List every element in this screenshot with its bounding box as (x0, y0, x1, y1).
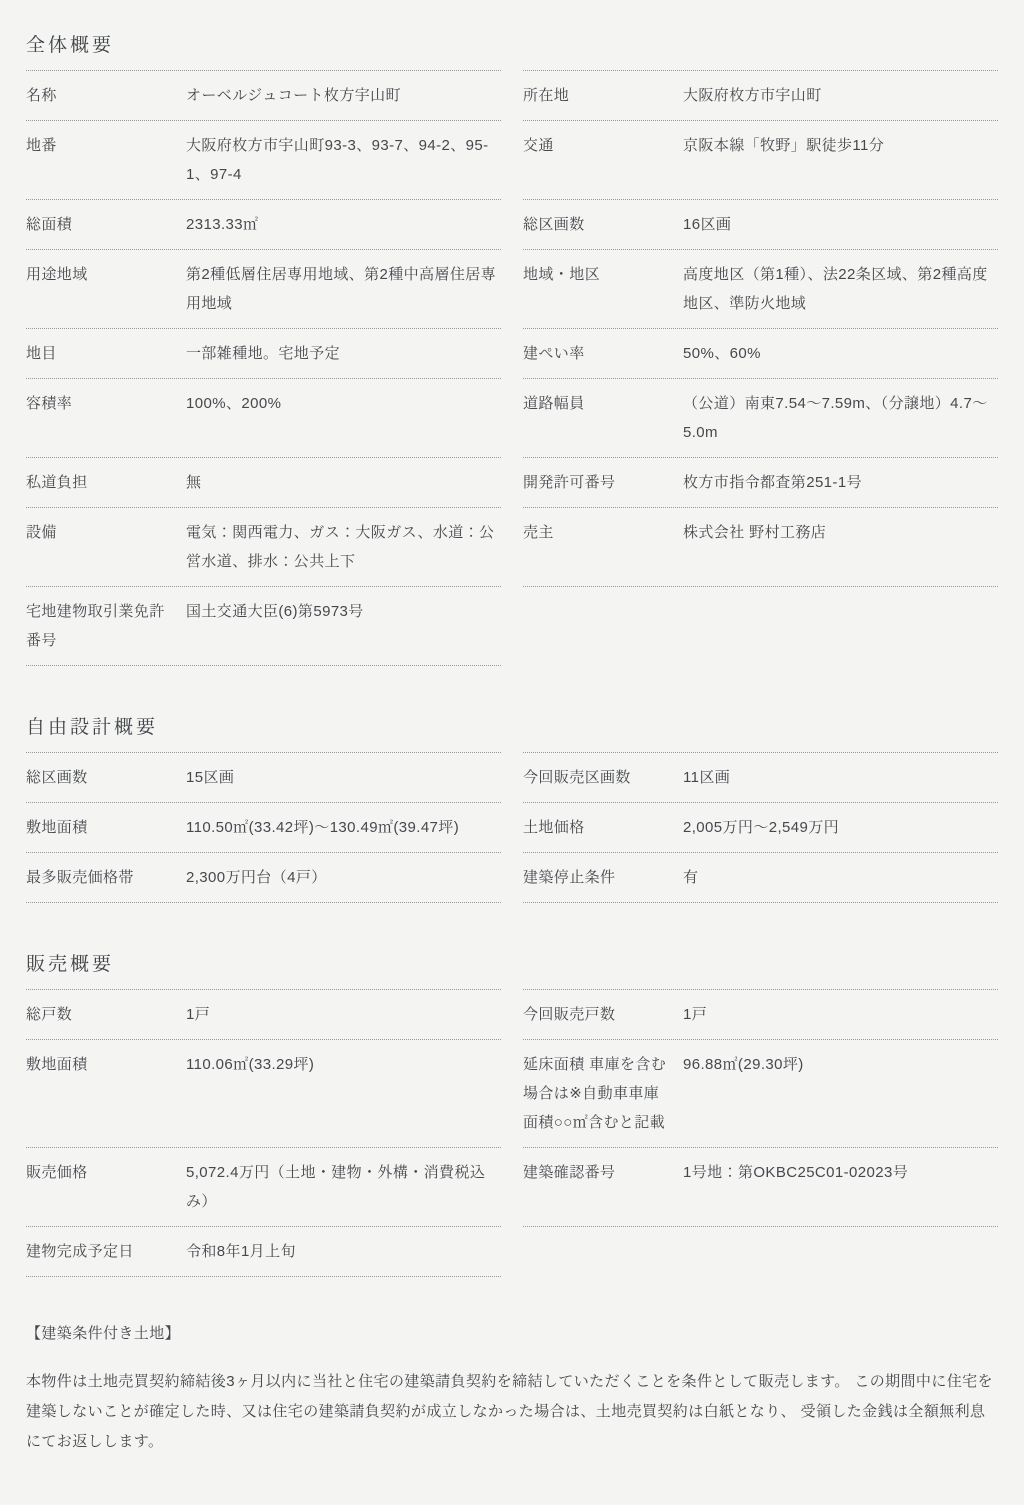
table-row: 最多販売価格帯2,300万円台（4戸） (26, 853, 501, 903)
row-label: 地目 (26, 339, 186, 368)
row-value: 2,300万円台（4戸） (186, 863, 501, 892)
row-value: 15区画 (186, 763, 501, 792)
row-value: 一部雑種地。宅地予定 (186, 339, 501, 368)
row-label: 私道負担 (26, 468, 186, 497)
table-row: 地目一部雑種地。宅地予定 (26, 329, 501, 379)
row-label: 売主 (523, 518, 683, 547)
row-label: 容積率 (26, 389, 186, 418)
table-row: 用途地域第2種低層住居専用地域、第2種中高層住居専用地域 (26, 250, 501, 329)
table-row: 土地価格2,005万円〜2,549万円 (523, 803, 998, 853)
section-title: 自由設計概要 (26, 712, 998, 739)
row-value: 国土交通大臣(6)第5973号 (186, 597, 501, 626)
row-value: （公道）南東7.54〜7.59m、（分譲地）4.7〜5.0m (683, 389, 998, 447)
row-value: 有 (683, 863, 998, 892)
row-value: オーベルジュコート枚方宇山町 (186, 81, 501, 110)
row-label: 敷地面積 (26, 1050, 186, 1079)
row-value: 大阪府枚方市宇山町93-3、93-7、94-2、95-1、97-4 (186, 131, 501, 189)
row-value: 2,005万円〜2,549万円 (683, 813, 998, 842)
row-value: 1戸 (683, 1000, 998, 1029)
table-row: 総区画数16区画 (523, 200, 998, 250)
summary-table: 名称オーベルジュコート枚方宇山町所在地大阪府枚方市宇山町地番大阪府枚方市宇山町9… (26, 70, 998, 666)
row-value: 2313.33㎡ (186, 210, 501, 239)
property-overview-page: 全体概要名称オーベルジュコート枚方宇山町所在地大阪府枚方市宇山町地番大阪府枚方市… (0, 0, 1024, 1505)
row-value: 96.88㎡(29.30坪) (683, 1050, 998, 1079)
row-value: 110.06㎡(33.29坪) (186, 1050, 501, 1079)
section-sales-summary: 販売概要総戸数1戸今回販売戸数1戸敷地面積110.06㎡(33.29坪)延床面積… (26, 949, 998, 1277)
table-row: 総戸数1戸 (26, 989, 501, 1040)
row-label: 設備 (26, 518, 186, 547)
table-row: 設備電気：関西電力、ガス：大阪ガス、水道：公営水道、排水：公共上下 (26, 508, 501, 587)
row-value: 50%、60% (683, 339, 998, 368)
section-title: 全体概要 (26, 30, 998, 57)
row-value: 第2種低層住居専用地域、第2種中高層住居専用地域 (186, 260, 501, 318)
table-row: 宅地建物取引業免許番号国土交通大臣(6)第5973号 (26, 587, 501, 666)
row-value: 大阪府枚方市宇山町 (683, 81, 998, 110)
table-row: 販売価格5,072.4万円（土地・建物・外構・消費税込み） (26, 1148, 501, 1227)
row-label: 宅地建物取引業免許番号 (26, 597, 186, 655)
row-label: 総戸数 (26, 1000, 186, 1029)
row-label: 建物完成予定日 (26, 1237, 186, 1266)
table-row: 地域・地区高度地区（第1種）、法22条区域、第2種高度地区、準防火地域 (523, 250, 998, 329)
row-value: 11区画 (683, 763, 998, 792)
row-label: 総面積 (26, 210, 186, 239)
row-label: 地域・地区 (523, 260, 683, 289)
note-title: 【建築条件付き土地】 (26, 1323, 998, 1345)
row-value: 16区画 (683, 210, 998, 239)
row-value: 無 (186, 468, 501, 497)
table-row: 総区画数15区画 (26, 752, 501, 803)
note-body: 本物件は土地売買契約締結後3ヶ月以内に当社と住宅の建築請負契約を締結していただく… (26, 1367, 998, 1457)
row-label: 地番 (26, 131, 186, 160)
table-row: 容積率100%、200% (26, 379, 501, 458)
row-value: 1戸 (186, 1000, 501, 1029)
table-row: 名称オーベルジュコート枚方宇山町 (26, 70, 501, 121)
table-row: 建ぺい率50%、60% (523, 329, 998, 379)
row-label: 開発許可番号 (523, 468, 683, 497)
row-label: 延床面積 車庫を含む場合は※自動車車庫面積○○㎡含むと記載 (523, 1050, 683, 1137)
table-row: 地番大阪府枚方市宇山町93-3、93-7、94-2、95-1、97-4 (26, 121, 501, 200)
row-value: 1号地：第OKBC25C01-02023号 (683, 1158, 998, 1187)
row-label: 道路幅員 (523, 389, 683, 418)
table-row: 建物完成予定日令和8年1月上旬 (26, 1227, 501, 1277)
table-row: 今回販売区画数11区画 (523, 752, 998, 803)
table-row: 所在地大阪府枚方市宇山町 (523, 70, 998, 121)
row-value: 枚方市指令都査第251-1号 (683, 468, 998, 497)
row-label: 総区画数 (523, 210, 683, 239)
table-row: 建築確認番号1号地：第OKBC25C01-02023号 (523, 1148, 998, 1227)
row-label: 所在地 (523, 81, 683, 110)
table-row: 私道負担無 (26, 458, 501, 508)
row-value: 株式会社 野村工務店 (683, 518, 998, 547)
table-row: 延床面積 車庫を含む場合は※自動車車庫面積○○㎡含むと記載96.88㎡(29.3… (523, 1040, 998, 1148)
row-label: 総区画数 (26, 763, 186, 792)
row-value: 100%、200% (186, 389, 501, 418)
table-row: 開発許可番号枚方市指令都査第251-1号 (523, 458, 998, 508)
section-free-design-summary: 自由設計概要総区画数15区画今回販売区画数11区画敷地面積110.50㎡(33.… (26, 712, 998, 903)
section-title: 販売概要 (26, 949, 998, 976)
row-value: 110.50㎡(33.42坪)〜130.49㎡(39.47坪) (186, 813, 501, 842)
table-row: 敷地面積110.06㎡(33.29坪) (26, 1040, 501, 1148)
row-label: 販売価格 (26, 1158, 186, 1187)
table-row: 今回販売戸数1戸 (523, 989, 998, 1040)
empty-cell (523, 1227, 998, 1277)
table-row: 売主株式会社 野村工務店 (523, 508, 998, 587)
row-value: 5,072.4万円（土地・建物・外構・消費税込み） (186, 1158, 501, 1216)
row-label: 最多販売価格帯 (26, 863, 186, 892)
table-row: 交通京阪本線「牧野」駅徒歩11分 (523, 121, 998, 200)
row-value: 令和8年1月上旬 (186, 1237, 501, 1266)
summary-table: 総戸数1戸今回販売戸数1戸敷地面積110.06㎡(33.29坪)延床面積 車庫を… (26, 989, 998, 1277)
row-label: 今回販売区画数 (523, 763, 683, 792)
table-row: 敷地面積110.50㎡(33.42坪)〜130.49㎡(39.47坪) (26, 803, 501, 853)
row-label: 土地価格 (523, 813, 683, 842)
table-row: 総面積2313.33㎡ (26, 200, 501, 250)
row-label: 用途地域 (26, 260, 186, 289)
row-label: 交通 (523, 131, 683, 160)
row-value: 電気：関西電力、ガス：大阪ガス、水道：公営水道、排水：公共上下 (186, 518, 501, 576)
row-label: 建築停止条件 (523, 863, 683, 892)
row-label: 今回販売戸数 (523, 1000, 683, 1029)
row-value: 京阪本線「牧野」駅徒歩11分 (683, 131, 998, 160)
land-condition-note: 【建築条件付き土地】 本物件は土地売買契約締結後3ヶ月以内に当社と住宅の建築請負… (26, 1323, 998, 1457)
summary-sections: 全体概要名称オーベルジュコート枚方宇山町所在地大阪府枚方市宇山町地番大阪府枚方市… (26, 30, 998, 1277)
section-overall-summary: 全体概要名称オーベルジュコート枚方宇山町所在地大阪府枚方市宇山町地番大阪府枚方市… (26, 30, 998, 666)
row-label: 建築確認番号 (523, 1158, 683, 1187)
row-label: 建ぺい率 (523, 339, 683, 368)
row-label: 敷地面積 (26, 813, 186, 842)
table-row: 道路幅員（公道）南東7.54〜7.59m、（分譲地）4.7〜5.0m (523, 379, 998, 458)
row-value: 高度地区（第1種）、法22条区域、第2種高度地区、準防火地域 (683, 260, 998, 318)
empty-cell (523, 587, 998, 666)
row-label: 名称 (26, 81, 186, 110)
table-row: 建築停止条件有 (523, 853, 998, 903)
summary-table: 総区画数15区画今回販売区画数11区画敷地面積110.50㎡(33.42坪)〜1… (26, 752, 998, 903)
